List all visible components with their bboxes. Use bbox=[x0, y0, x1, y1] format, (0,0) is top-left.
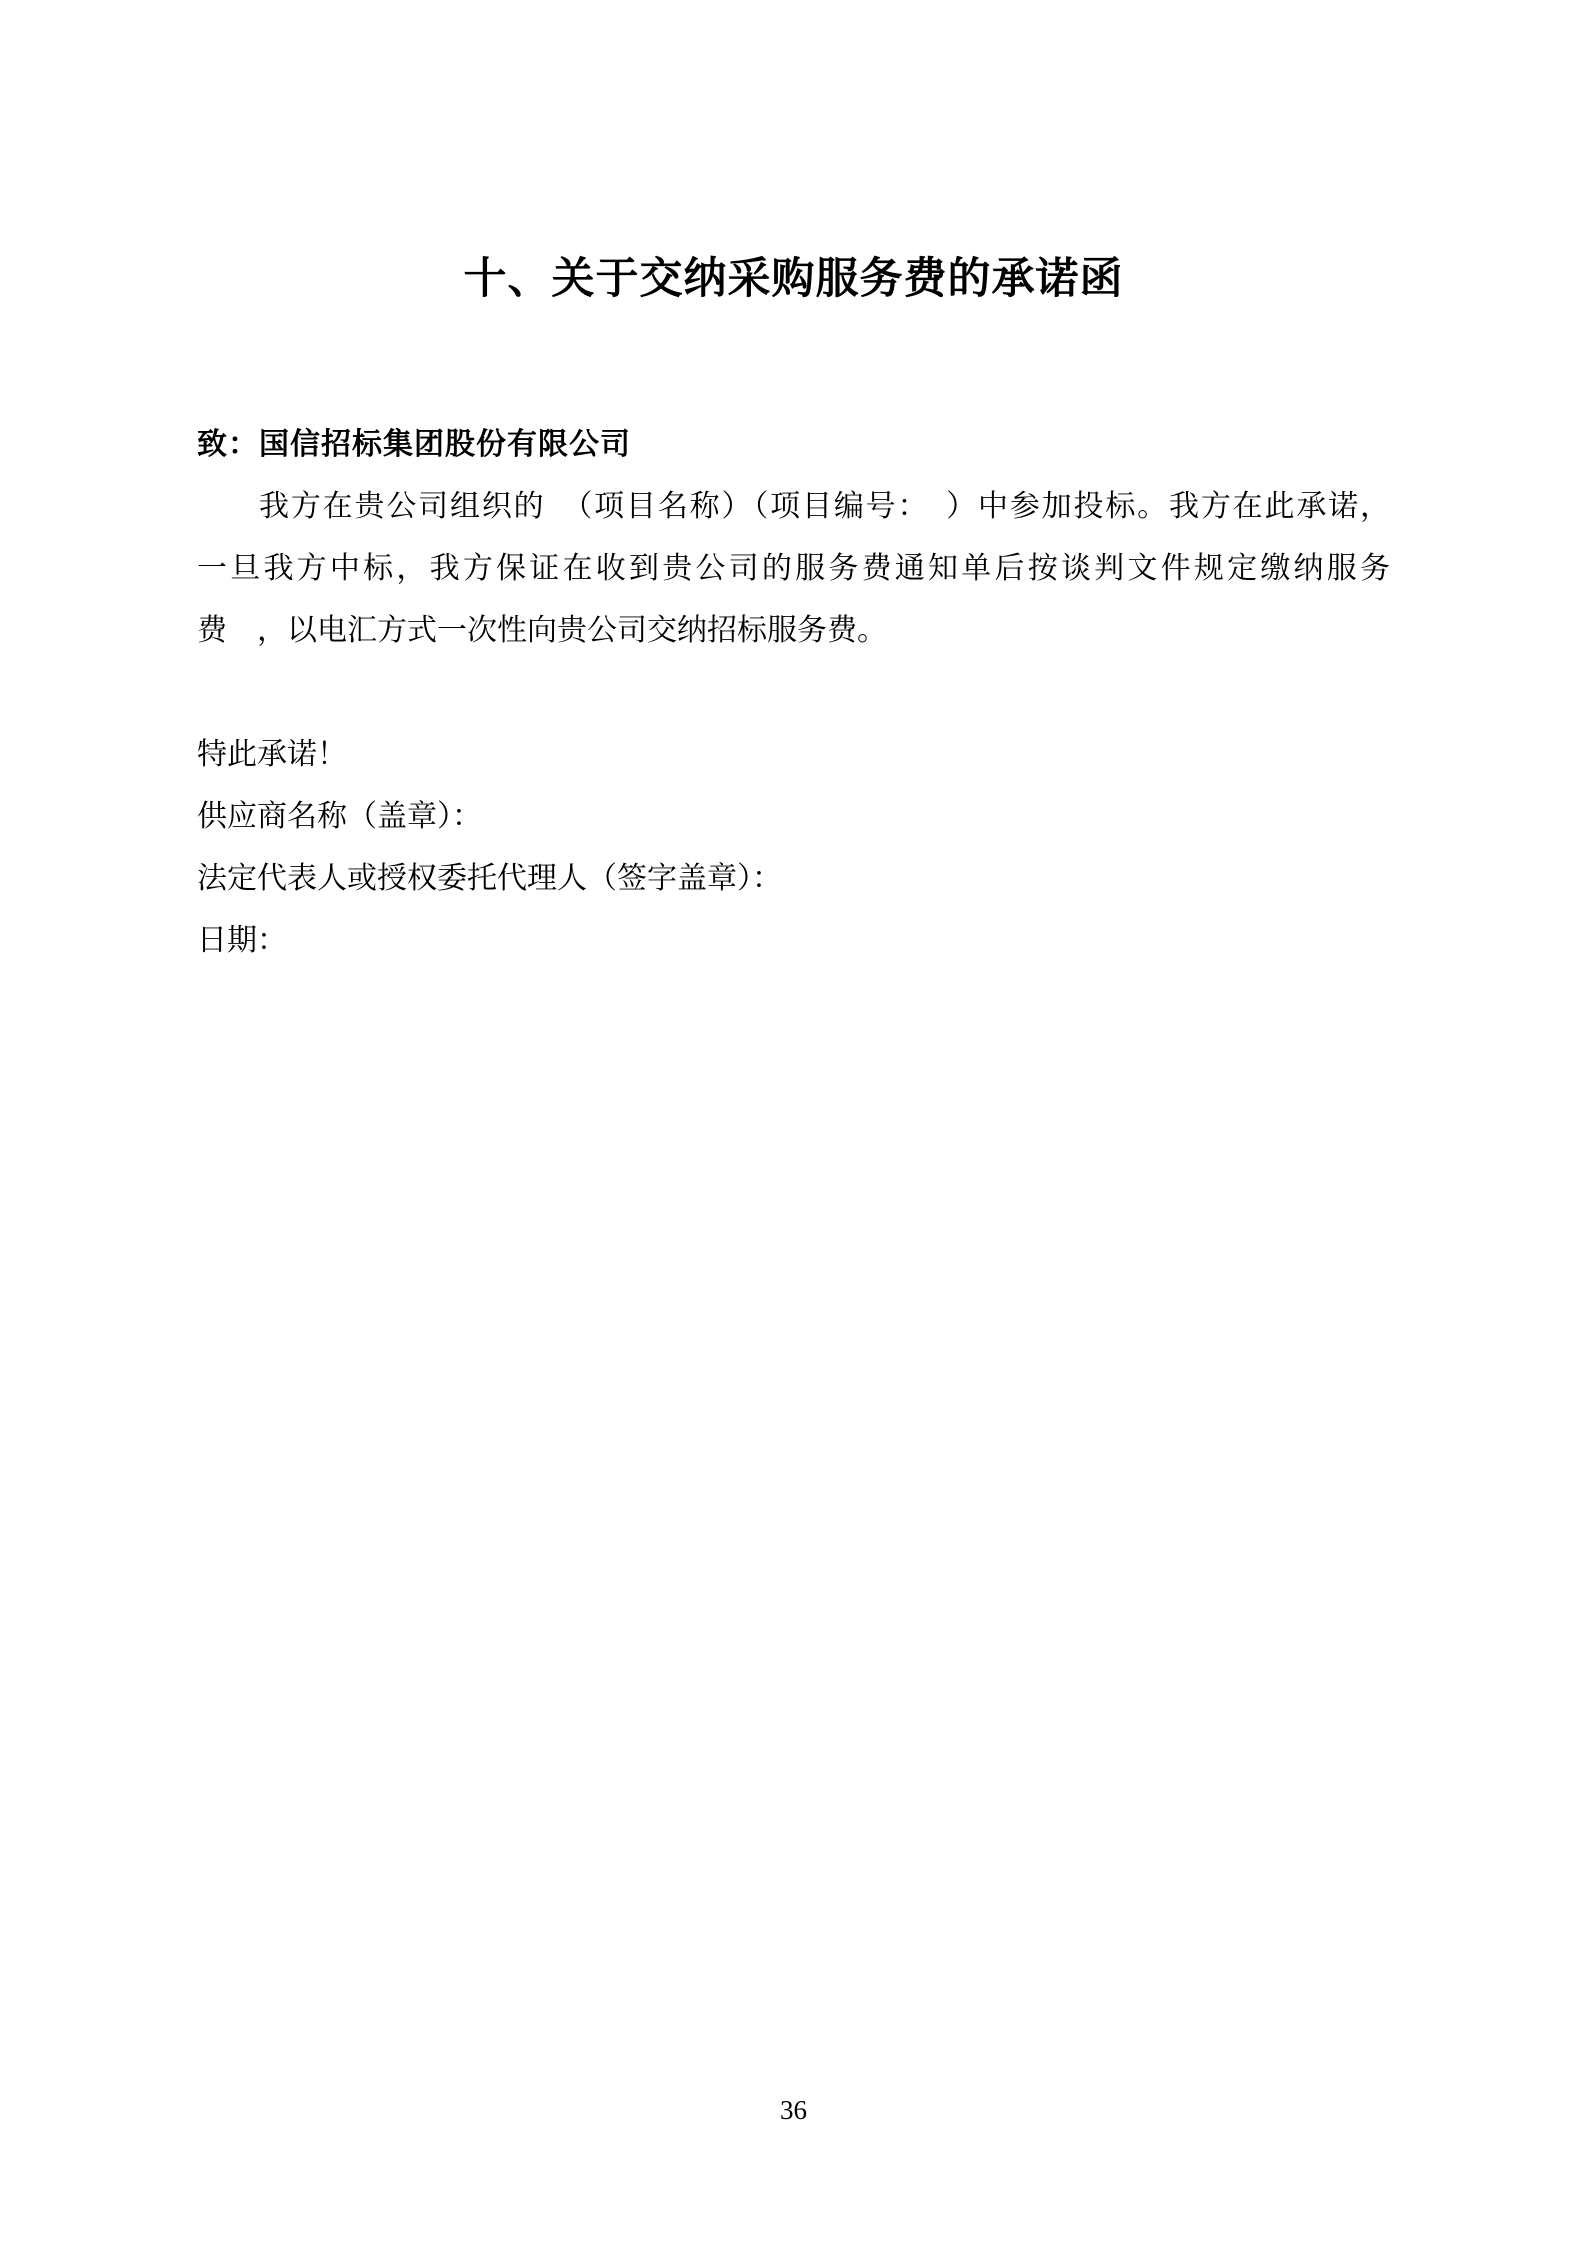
closing-line: 特此承诺！ bbox=[197, 724, 1390, 786]
paragraph-line-1: 我方在贵公司组织的 （项目名称）（项目编号： ）中参加投标。我方在此承诺， bbox=[197, 476, 1390, 538]
blank-line bbox=[197, 662, 1390, 724]
document-page: 十、关于交纳采购服务费的承诺函 致：国信招标集团股份有限公司 我方在贵公司组织的… bbox=[0, 0, 1587, 2245]
document-title: 十、关于交纳采购服务费的承诺函 bbox=[0, 252, 1587, 308]
page-number: 36 bbox=[0, 2090, 1587, 2130]
signature-representative-line: 法定代表人或授权委托代理人（签字盖章）： bbox=[197, 848, 1390, 910]
paragraph-line-3: 费 ，以电汇方式一次性向贵公司交纳招标服务费。 bbox=[197, 600, 1390, 662]
signature-date-line: 日期： bbox=[197, 910, 1390, 972]
paragraph-line-2: 一旦我方中标，我方保证在收到贵公司的服务费通知单后按谈判文件规定缴纳服务 bbox=[197, 538, 1390, 600]
salutation-line: 致：国信招标集团股份有限公司 bbox=[197, 414, 1390, 476]
signature-supplier-name-line: 供应商名称（盖章）： bbox=[197, 786, 1390, 848]
document-body: 致：国信招标集团股份有限公司 我方在贵公司组织的 （项目名称）（项目编号： ）中… bbox=[197, 414, 1390, 972]
